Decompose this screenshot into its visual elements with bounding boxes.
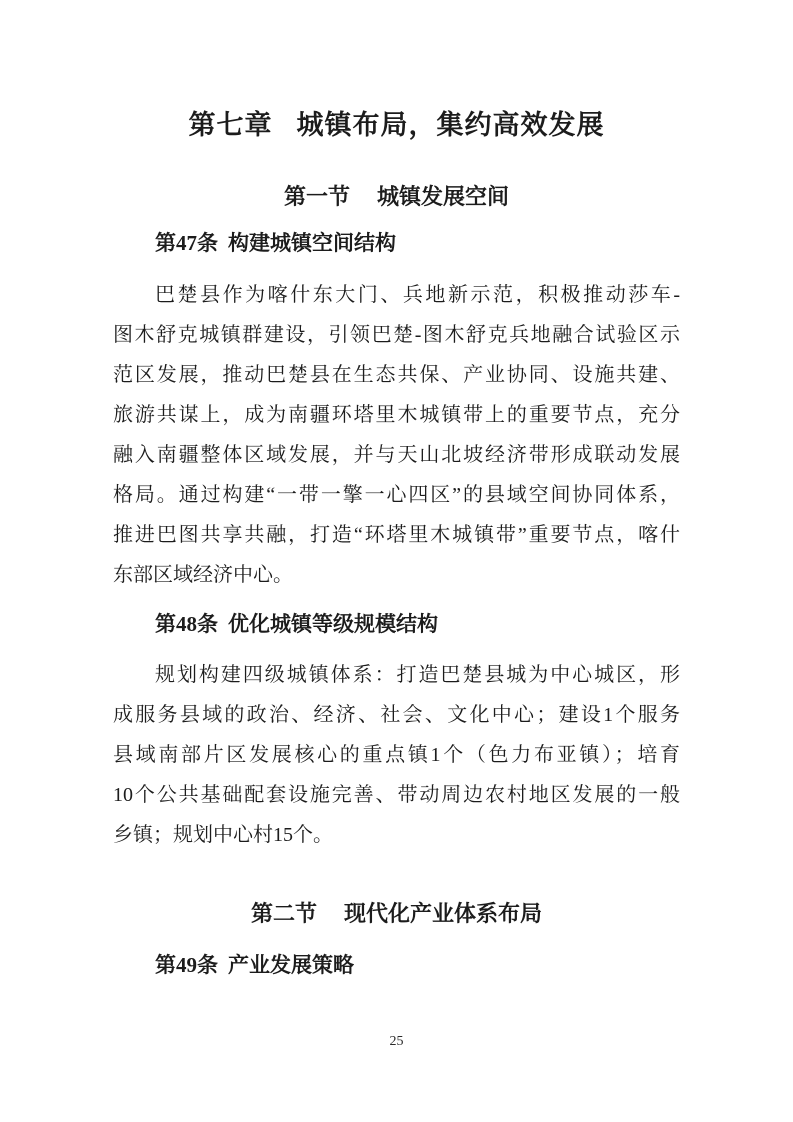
paragraph-line: 10个公共基础配套设施完善、带动周边农村地区发展的一般: [113, 775, 680, 815]
article-47-paragraph: 巴楚县作为喀什东大门、兵地新示范，积极推动莎车-图木舒克城镇群建设，引领巴楚-图…: [113, 275, 680, 595]
article-49-label: 第49条: [155, 950, 218, 980]
article-47-label: 第47条: [155, 228, 218, 258]
paragraph-line: 东部区域经济中心。: [113, 555, 680, 595]
section-1-title-text: 城镇发展空间: [377, 181, 509, 213]
article-47-title-text: 构建城镇空间结构: [228, 228, 396, 258]
chapter-heading: 第七章 城镇布局，集约高效发展: [113, 107, 680, 143]
article-49-title-text: 产业发展策略: [228, 950, 354, 980]
article-48-title-text: 优化城镇等级规模结构: [228, 609, 438, 639]
section-1-label: 第一节: [284, 181, 350, 213]
section-1-heading: 第一节 城镇发展空间: [113, 181, 680, 213]
paragraph-line: 图木舒克城镇群建设，引领巴楚-图木舒克兵地融合试验区示: [113, 315, 680, 355]
page-content: 第七章 城镇布局，集约高效发展 第一节 城镇发展空间 第47条 构建城镇空间结构…: [0, 0, 793, 980]
section-2-title-text: 现代化产业体系布局: [344, 898, 542, 930]
paragraph-line: 成服务县域的政治、经济、社会、文化中心；建设1个服务: [113, 695, 680, 735]
paragraph-line: 格局。通过构建“一带一擎一心四区”的县域空间协同体系，: [113, 475, 680, 515]
paragraph-line: 县域南部片区发展核心的重点镇1个（色力布亚镇）；培育: [113, 735, 680, 775]
page-number: 25: [0, 1032, 793, 1052]
article-47-heading: 第47条 构建城镇空间结构: [155, 228, 680, 258]
paragraph-line: 乡镇；规划中心村15个。: [113, 815, 680, 855]
article-49-heading: 第49条 产业发展策略: [155, 950, 680, 980]
paragraph-line: 范区发展，推动巴楚县在生态共保、产业协同、设施共建、: [113, 355, 680, 395]
paragraph-line: 旅游共谋上，成为南疆环塔里木城镇带上的重要节点，充分: [113, 395, 680, 435]
article-48-label: 第48条: [155, 609, 218, 639]
paragraph-line: 融入南疆整体区域发展，并与天山北坡经济带形成联动发展: [113, 435, 680, 475]
section-2-heading: 第二节 现代化产业体系布局: [113, 898, 680, 930]
paragraph-line: 巴楚县作为喀什东大门、兵地新示范，积极推动莎车-: [113, 275, 680, 315]
paragraph-line: 推进巴图共享共融，打造“环塔里木城镇带”重要节点，喀什: [113, 515, 680, 555]
chapter-label: 第七章: [189, 107, 273, 143]
document-page: 第七章 城镇布局，集约高效发展 第一节 城镇发展空间 第47条 构建城镇空间结构…: [0, 0, 793, 1122]
article-48-paragraph: 规划构建四级城镇体系：打造巴楚县城为中心城区，形成服务县域的政治、经济、社会、文…: [113, 655, 680, 855]
paragraph-line: 规划构建四级城镇体系：打造巴楚县城为中心城区，形: [113, 655, 680, 695]
section-2-label: 第二节: [251, 898, 317, 930]
article-48-heading: 第48条 优化城镇等级规模结构: [155, 609, 680, 639]
chapter-title-text: 城镇布局，集约高效发展: [297, 107, 605, 143]
